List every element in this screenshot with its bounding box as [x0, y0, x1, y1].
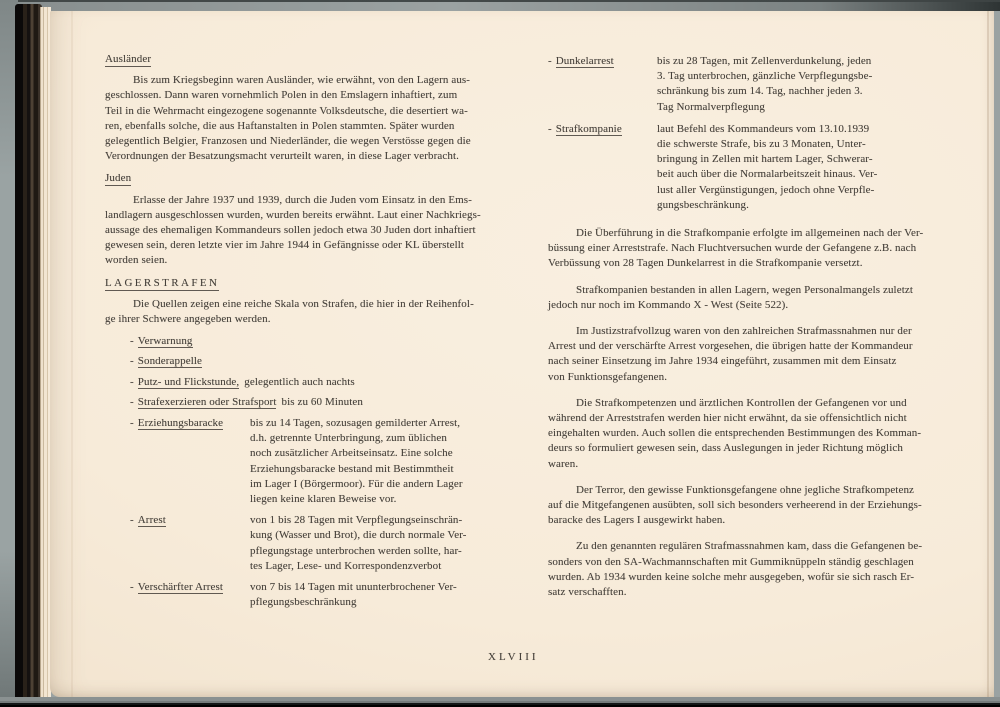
heading-text: Juden [105, 172, 131, 186]
punishment-item-verwarnung: -Verwarnung [105, 334, 521, 349]
punishment-label-wrap: -Dunkelarrest [548, 54, 614, 69]
punishment-label: Dunkelarrest [556, 55, 614, 68]
left-column: Ausländer Bis zum Kriegsbeginn waren Aus… [105, 52, 521, 616]
punishment-description: bis zu 28 Tagen, mit Zellenverdunkelung,… [657, 54, 976, 115]
punishment-item-putz-flickstunde: -Putz- und Flickstunde,gelegentlich auch… [105, 375, 521, 390]
paragraph-auslaender: Bis zum Kriegsbeginn waren Ausländer, wi… [105, 73, 521, 164]
punishment-label: Erziehungsbaracke [138, 417, 223, 430]
punishment-label: Verschärfter Arrest [138, 581, 223, 594]
paragraph-justizstrafvollzug: Im Justizstrafvollzug waren von den zahl… [548, 324, 976, 385]
paragraph-strafkompanien: Strafkompanien bestanden in allen Lagern… [548, 283, 976, 313]
page-right-edge-shadow [987, 11, 989, 697]
book-page-stack-edge [15, 4, 42, 700]
punishment-label: Verwarnung [138, 335, 193, 348]
punishment-text: bis zu 60 Minuten [281, 396, 362, 408]
section-heading-lagerstrafen: LAGERSTRAFEN [105, 276, 521, 291]
paragraph-strafkompetenzen: Die Strafkompetenzen und ärztlichen Kont… [548, 396, 976, 472]
list-dash: - [548, 123, 552, 135]
punishment-label: Strafkompanie [556, 123, 622, 136]
paragraph-sa-wachmannschaften: Zu den genannten regulären Strafmassnahm… [548, 539, 976, 600]
punishment-description: bis zu 14 Tagen, sozusagen gemilderter A… [250, 416, 521, 507]
paragraph-ueberfuehrung: Die Überführung in die Strafkompanie erf… [548, 226, 976, 272]
punishment-label-wrap: -Erziehungsbaracke [130, 416, 223, 431]
paragraph-juden: Erlasse der Jahre 1937 und 1939, durch d… [105, 193, 521, 269]
page-number: XLVIII [488, 651, 539, 663]
paragraph-lagerstrafen-intro: Die Quellen zeigen eine reiche Skala von… [105, 297, 521, 327]
list-dash: - [130, 396, 134, 408]
list-dash: - [130, 417, 134, 429]
punishment-item-strafkompanie: -Strafkompanie laut Befehl des Kommandeu… [548, 122, 976, 213]
punishment-label: Sonderappelle [138, 355, 202, 368]
scanned-book-page: { "scan": { "page_color": "#f7ebda", "te… [0, 0, 1000, 707]
punishment-label-wrap: -Strafkompanie [548, 122, 622, 137]
right-column: -Dunkelarrest bis zu 28 Tagen, mit Zelle… [548, 54, 976, 611]
list-dash: - [130, 355, 134, 367]
punishment-label-wrap: -Verschärfter Arrest [130, 580, 223, 595]
punishment-label: Arrest [138, 514, 166, 527]
punishment-item-sonderappelle: -Sonderappelle [105, 354, 521, 369]
list-dash: - [130, 376, 134, 388]
punishment-description: von 7 bis 14 Tagen mit ununterbrochener … [250, 580, 521, 610]
punishment-text: gelegentlich auch nachts [244, 376, 355, 388]
scanner-bottom-edge [0, 697, 1000, 707]
punishment-description: von 1 bis 28 Tagen mit Verpflegungseinsc… [250, 513, 521, 574]
punishment-item-verschaerfter-arrest: -Verschärfter Arrest von 7 bis 14 Tagen … [105, 580, 521, 610]
list-dash: - [130, 581, 134, 593]
punishment-item-strafexerzieren: -Strafexerzieren oder Strafsportbis zu 6… [105, 395, 521, 410]
section-heading-juden: Juden [105, 171, 521, 186]
punishment-item-arrest: -Arrest von 1 bis 28 Tagen mit Verpflegu… [105, 513, 521, 574]
list-dash: - [130, 335, 134, 347]
book-page: Ausländer Bis zum Kriegsbeginn waren Aus… [50, 11, 994, 697]
heading-text: LAGERSTRAFEN [105, 277, 219, 291]
heading-text: Ausländer [105, 53, 151, 67]
punishment-label: Putz- und Flickstunde, [138, 376, 240, 389]
list-dash: - [548, 55, 552, 67]
paragraph-terror: Der Terror, den gewisse Funktionsgefange… [548, 483, 976, 529]
punishment-item-dunkelarrest: -Dunkelarrest bis zu 28 Tagen, mit Zelle… [548, 54, 976, 115]
punishment-label-wrap: -Arrest [130, 513, 166, 528]
scanner-top-edge [0, 0, 1000, 11]
section-heading-auslaender: Ausländer [105, 52, 521, 67]
punishment-label: Strafexerzieren oder Strafsport [138, 396, 277, 409]
list-dash: - [130, 514, 134, 526]
punishment-item-erziehungsbaracke: -Erziehungsbaracke bis zu 14 Tagen, sozu… [105, 416, 521, 507]
page-crease-shadow [71, 11, 73, 697]
punishment-description: laut Befehl des Kommandeurs vom 13.10.19… [657, 122, 976, 213]
